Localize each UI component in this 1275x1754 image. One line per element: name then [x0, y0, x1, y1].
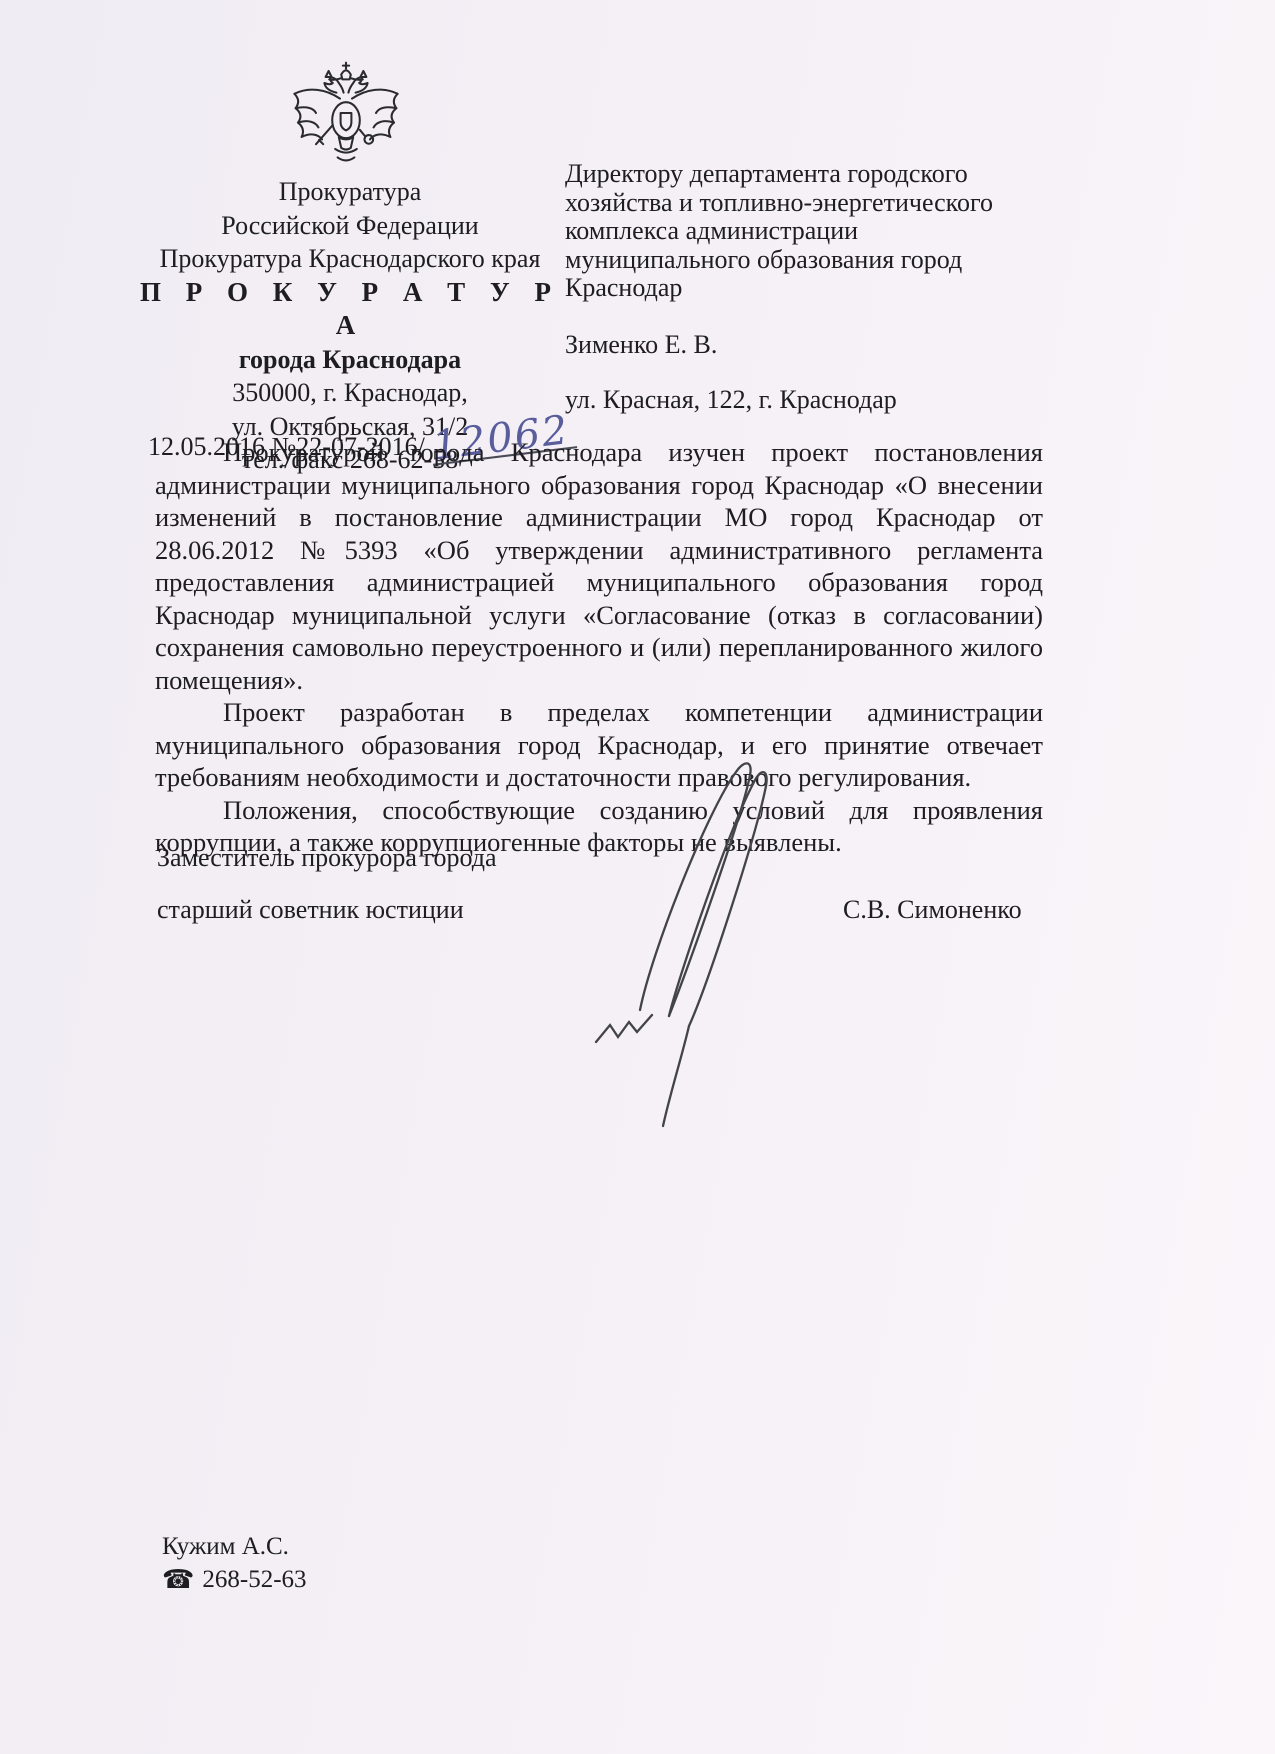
telephone-icon: ☎ [162, 1567, 194, 1593]
letterhead-address-line1: 350000, г. Краснодар, [130, 376, 570, 410]
letterhead-org-city: города Краснодара [130, 343, 570, 377]
executor-footer: Кужим А.С. ☎ 268-52-63 [162, 1530, 307, 1596]
executor-phone: 268-52-63 [202, 1563, 306, 1596]
recipient-block: Директору департамента городского хозяйс… [565, 160, 1037, 415]
handwritten-signature [556, 752, 782, 1144]
coat-of-arms-russia-icon [286, 60, 406, 178]
executor-name: Кужим А.С. [162, 1530, 307, 1563]
recipient-address: ул. Красная, 122, г. Краснодар [565, 386, 1037, 415]
recipient-name: Зименко Е. В. [565, 331, 1037, 360]
signer-position-line1: Заместитель прокурора города [157, 843, 497, 873]
letterhead-org-caps: П Р О К У Р А Т У Р А [130, 276, 570, 343]
letterhead-org-line3: Прокуратура Краснодарского края [130, 242, 570, 276]
letterhead-org-line2: Российской Федерации [130, 209, 570, 243]
letterhead-org-line1: Прокуратура [130, 175, 570, 209]
scanned-letter-page: Прокуратура Российской Федерации Прокура… [0, 0, 1275, 1754]
recipient-organization: Директору департамента городского хозяйс… [565, 160, 1037, 303]
body-paragraph-1: Прокуратурой города Краснодара изучен пр… [155, 436, 1043, 696]
signer-name: С.В. Симоненко [843, 895, 1022, 925]
signer-position-line2: старший советник юстиции [157, 895, 464, 925]
